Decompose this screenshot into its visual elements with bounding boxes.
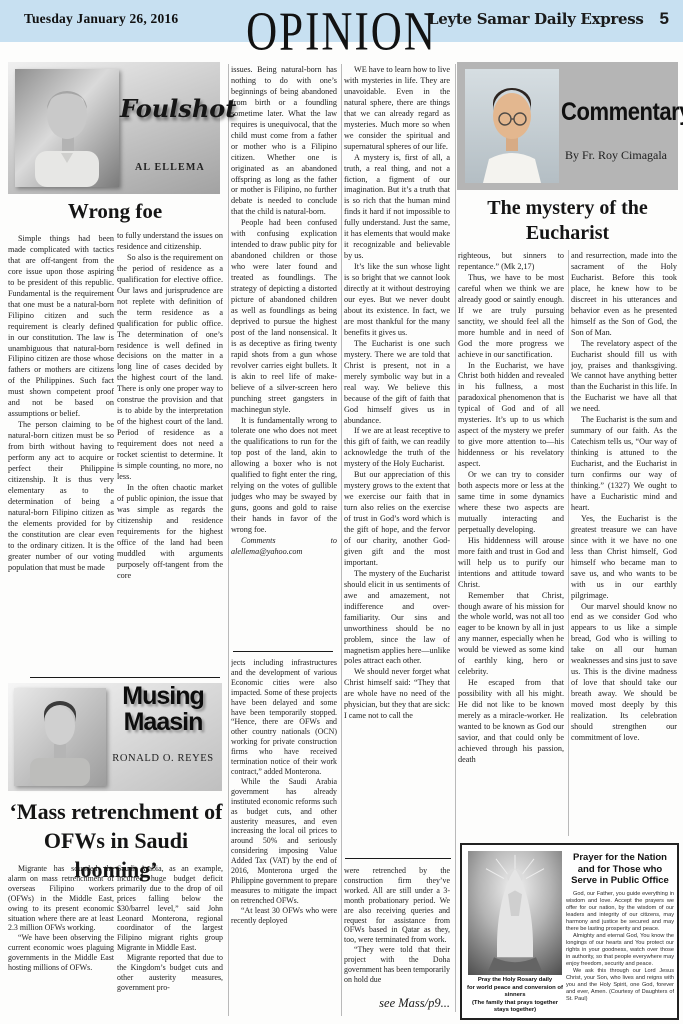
- page-header: Tuesday January 26, 2016 OPINION Leyte S…: [0, 0, 683, 42]
- paragraph: righteous, but sinners to repentance.” (…: [458, 251, 564, 273]
- paragraph: In the often chaotic market of public op…: [117, 483, 223, 582]
- newspaper-opinion-page: Tuesday January 26, 2016 OPINION Leyte S…: [0, 0, 683, 1024]
- musing-maasin-column-header: Musing Maasin RONALD O. REYES: [8, 683, 222, 791]
- continued-on-page-reference: see Mass/p9...: [344, 996, 450, 1011]
- paragraph: It’s like the sun whose light is so brig…: [344, 262, 450, 339]
- portrait-placeholder-icon: [465, 69, 559, 183]
- paragraph: WE have to learn how to live with myster…: [344, 65, 450, 153]
- column-rule: [228, 64, 229, 1016]
- newspaper-name: Leyte Samar Daily Express: [428, 10, 644, 28]
- paragraph: His hiddenness will arouse more faith an…: [458, 536, 564, 591]
- paragraph: We ask this through our Lord Jesus Chris…: [566, 968, 674, 1003]
- article-paragraphs: issues. Being natural-born has nothing t…: [231, 65, 337, 536]
- paragraph: issues. Being natural-born has nothing t…: [231, 65, 337, 218]
- column-rule: [455, 64, 456, 1012]
- section-title: OPINION: [246, 1, 437, 64]
- paragraph: The Eucharist is one such mystery. There…: [344, 339, 450, 427]
- paragraph: Saudi Arabia, as an example, incurred hu…: [117, 864, 223, 953]
- paragraph: Yes, the Eucharist is the greatest treas…: [571, 514, 677, 602]
- paragraph: Migrante has sounded the alarm on mass r…: [8, 864, 114, 933]
- paragraph: Or we can try to consider both aspects m…: [458, 470, 564, 536]
- paragraph: Almighty and eternal God, You know the l…: [566, 933, 674, 968]
- paragraph: and resurrection, made into the sacramen…: [571, 251, 677, 339]
- foulshot-column-header: Foulshot AL ELLEMA: [8, 62, 220, 194]
- paragraph: The Eucharist is the sum and summary of …: [571, 415, 677, 514]
- commentary-byline: By Fr. Roy Cimagala: [565, 148, 667, 163]
- portrait-placeholder-icon: [15, 69, 119, 187]
- paragraph: So also is the requirement on the period…: [117, 253, 223, 483]
- article-column: WE have to learn how to live with myster…: [344, 65, 450, 854]
- article-column: to fully understand the issues on reside…: [117, 231, 223, 677]
- prayer-title: Prayer for the Nation and for Those who …: [566, 852, 674, 887]
- article-end-rule: [30, 677, 220, 678]
- paragraph: We should never forget what Christ himse…: [344, 667, 450, 722]
- column-kicker-foulshot: Foulshot: [120, 94, 220, 123]
- paragraph: If we are at least receptive to this gif…: [344, 426, 450, 470]
- article-column: righteous, but sinners to repentance.” (…: [458, 251, 564, 840]
- article-end-rule: [345, 858, 451, 859]
- column-kicker-musing-maasin: Musing Maasin: [106, 683, 220, 735]
- paragraph: for world peace and conversion of sinner…: [464, 985, 566, 1000]
- paragraph: People had been confused with confusing …: [231, 218, 337, 415]
- article-column: Migrante has sounded the alarm on mass r…: [8, 864, 114, 1022]
- paragraph: He escaped from that possibility with al…: [458, 678, 564, 766]
- article-column: issues. Being natural-born has nothing t…: [231, 65, 337, 648]
- article-column: Saudi Arabia, as an example, incurred hu…: [117, 864, 223, 1022]
- column-kicker-commentary: Commentary: [561, 98, 675, 127]
- kicker-line: Musing: [122, 682, 204, 710]
- paragraph: Our marvel should know no end as we cons…: [571, 602, 677, 744]
- paragraph: Pray the Holy Rosary daily: [464, 977, 566, 985]
- holy-image-icon: [468, 851, 562, 975]
- paragraph: “At least 30 OFWs who were recently depl…: [231, 906, 337, 926]
- paragraph: A mystery is, first of all, a truth, a r…: [344, 153, 450, 263]
- paragraph: to fully understand the issues on reside…: [117, 231, 223, 253]
- columnist-name: RONALD O. REYES: [106, 753, 220, 764]
- columnist-photo-fr-roy-cimagala: [465, 69, 559, 183]
- paragraph: “They were told that their project with …: [344, 945, 450, 985]
- paragraph: Remember that Christ, though aware of hi…: [458, 591, 564, 679]
- paragraph: But our appreciation of this mystery gro…: [344, 470, 450, 569]
- kicker-line: Maasin: [124, 708, 203, 736]
- prayer-box: Pray the Holy Rosary dailyfor world peac…: [460, 843, 679, 1020]
- paragraph: In the Eucharist, we have Christ both hi…: [458, 361, 564, 471]
- paragraph: (The family that prays together stays to…: [464, 1000, 566, 1015]
- virgin-mary-rosary-image: [468, 851, 562, 975]
- headline-wrong-foe: Wrong foe: [8, 199, 222, 224]
- column-rule: [568, 250, 569, 836]
- column-rule: [341, 64, 342, 1016]
- commentary-column-header: Commentary By Fr. Roy Cimagala: [457, 62, 678, 190]
- masthead: Leyte Samar Daily Express 5: [428, 9, 669, 29]
- columnist-photo-al-ellema: [15, 69, 119, 187]
- paragraph: Migrante reported that due to the Kingdo…: [117, 953, 223, 993]
- paragraph: God, our Father, you guide everything in…: [566, 891, 674, 933]
- article-column: Simple things had been made complicated …: [8, 234, 114, 674]
- paragraph: “We have been observing the current econ…: [8, 933, 114, 973]
- columnist-photo-ronald-reyes: [14, 688, 106, 786]
- article-column: jects including infrastructures and the …: [231, 658, 337, 1020]
- paragraph: The person claiming to be natural-born c…: [8, 420, 114, 573]
- paragraph: The mystery of the Eucharist should elic…: [344, 569, 450, 668]
- paragraph: Thus, we have to be most careful when we…: [458, 273, 564, 361]
- headline-mystery-of-the-eucharist: The mystery of the Eucharist: [457, 196, 678, 246]
- portrait-placeholder-icon: [14, 688, 106, 786]
- article-column: were retrenched by the construction firm…: [344, 866, 450, 994]
- paragraph: Simple things had been made complicated …: [8, 234, 114, 420]
- paragraph: were retrenched by the construction firm…: [344, 866, 450, 945]
- paragraph: While the Saudi Arabia government has al…: [231, 777, 337, 906]
- prayer-text: God, our Father, you guide everything in…: [566, 891, 674, 1015]
- paragraph: The revelatory aspect of the Eucharist s…: [571, 339, 677, 416]
- issue-date: Tuesday January 26, 2016: [24, 11, 178, 27]
- article-column: and resurrection, made into the sacramen…: [571, 251, 677, 840]
- columnist-name: AL ELLEMA: [120, 162, 220, 173]
- article-end-rule: [233, 651, 333, 652]
- column-signoff: Comments to alellema@yahoo.com: [231, 536, 337, 558]
- page-number: 5: [660, 9, 669, 28]
- paragraph: jects including infrastructures and the …: [231, 658, 337, 777]
- paragraph: It is fundamentally wrong to tolerate on…: [231, 416, 337, 536]
- rosary-caption: Pray the Holy Rosary dailyfor world peac…: [464, 977, 566, 1015]
